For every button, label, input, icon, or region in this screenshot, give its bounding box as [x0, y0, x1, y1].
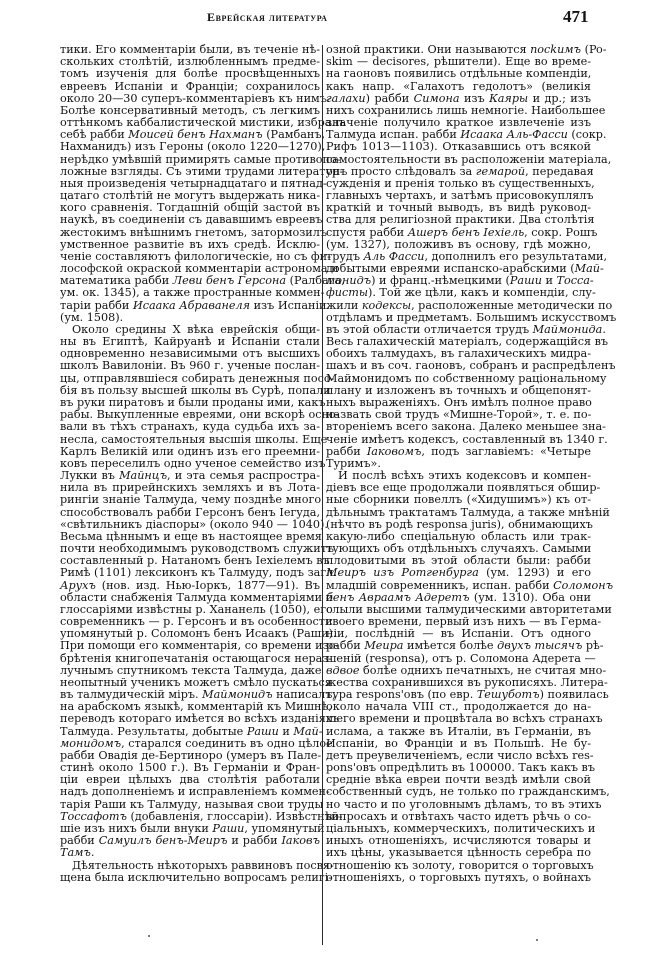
italic-name: Раши — [510, 274, 542, 287]
text-run: брѣтенія книгопечатанія остающагося нера… — [60, 652, 332, 665]
text-run: . — [602, 323, 606, 336]
italic-name: Маймонидъ — [202, 688, 272, 701]
text-run: И послѣ всѣхъ этихъ кодексовъ и компен- — [338, 469, 591, 482]
italic-name: Раши — [247, 725, 279, 738]
text-run: нихъ сохранились лишь немногіе. Наибольш… — [326, 104, 605, 117]
text-run: рабби — [326, 445, 367, 458]
text-run: pons'овъ опредѣлить въ 100000. Такъ какъ… — [326, 761, 595, 774]
text-run: рабби Овадія де-Бертиноро (умеръ въ Пале… — [60, 749, 321, 762]
text-run: . — [91, 846, 95, 859]
text-run: Рифъ 1013—1103). Отказавшись отъ всякой — [326, 140, 591, 153]
text-run: ). Той же цѣли, какъ и компендіи, слу- — [368, 286, 596, 299]
text-run: трудъ — [326, 250, 364, 263]
italic-name: Май- — [293, 725, 322, 738]
text-run: шеній (responsa), отъ р. Соломона Адерет… — [326, 652, 596, 665]
text-run: При помощи его комментарія, со времени и… — [60, 639, 339, 652]
text-run: наукѣ, въ соединеніи съ дававшимъ евреев… — [60, 213, 322, 226]
italic-name: Іаковъ — [282, 834, 320, 847]
text-run: цатаго столѣтій не могутъ выдержать ника… — [60, 189, 320, 202]
text-run: Римѣ (1101) лексиконъ къ Талмуду, подъ з… — [60, 566, 337, 579]
text-run: (ум. 1327), положивъ въ основу, гдѣ можн… — [326, 238, 591, 251]
text-run: жили — [326, 299, 362, 312]
text-run: самостоятельности въ расположеніи матері… — [326, 153, 611, 166]
text-run: и — [542, 274, 557, 287]
text-run: имѣется болѣе — [403, 639, 497, 652]
text-run: иныхъ отношеніяхъ, исчисляются товары и — [326, 834, 591, 847]
text-run: ченіе составляютъ филологическіе, но съ … — [60, 250, 331, 263]
text-run: рѣ- — [582, 639, 603, 652]
text-run: въ этой области отличается трудъ — [326, 323, 533, 336]
text-run: и рабби — [227, 834, 281, 847]
text-line: отношеніяхъ, о торговыхъ путяхъ, о война… — [326, 872, 591, 884]
text-run: рабы. Выкупленные евреями, они вскорѣ ос… — [60, 408, 339, 421]
text-run: , сокр. Рошъ — [524, 226, 597, 239]
text-run: ныя произведенія четырнадцатаго и пятнад… — [60, 177, 327, 190]
text-run: Весь галахическій матеріалъ, содержащійс… — [326, 335, 608, 348]
page-header: Еврейская литература 471 — [0, 8, 650, 28]
text-run: , упомянутый — [244, 822, 324, 835]
text-run: лучнымъ спутникомъ текста Талмуда, даже — [60, 664, 321, 677]
text-run: вопросахъ и отвѣтахъ часто идетъ рѣчь о … — [326, 810, 591, 823]
italic-name: Тосса- — [557, 274, 594, 287]
text-run: таріи рабби — [60, 299, 133, 312]
text-run: тарія Раши къ Талмуду, называя свои труд… — [60, 798, 323, 811]
italic-name: Меиръ изъ Ротгенбурга — [326, 566, 479, 579]
text-run: Нахманидъ) изъ Героны (около 1220—1270), — [60, 140, 325, 153]
text-run: евреевъ Испаніи и Франціи; сохранилось — [60, 80, 320, 93]
text-run: слыли высшими талмудическими авторитетам… — [326, 603, 612, 616]
text-run: ковъ переселилъ одно ученое семейство из… — [60, 457, 326, 470]
text-run: оттѣнкомъ каббалистической мистики, избр… — [60, 116, 346, 129]
text-run: неопытный ученикъ можетъ смѣло пускаться — [60, 676, 332, 689]
text-run: ства для религіозной практики. Два столѣ… — [326, 213, 594, 226]
text-run: болѣе однихъ печатныхъ, не считая мно- — [359, 664, 606, 677]
text-run: Около средины X вѣка еврейскія общи- — [72, 323, 320, 336]
text-run: шахъ и въ соч. гаоновъ, собранъ и распре… — [326, 359, 616, 372]
text-run: въ талмудическій міръ. — [60, 688, 202, 701]
text-run: детъ преувеличеніемъ, если число всѣхъ r… — [326, 749, 594, 762]
text-run: (нѣчто въ родѣ responsa juris), обнимающ… — [326, 518, 593, 531]
text-run: почти необходимымъ руководствомъ служитъ — [60, 542, 334, 555]
italic-name: Тешуботъ — [477, 688, 540, 701]
text-run: вали въ тѣхъ странахъ, куда судьба ихъ з… — [60, 420, 320, 433]
italic-name: Симона — [414, 92, 460, 105]
text-run: ислама, а также въ Италіи, въ Германіи, … — [326, 725, 591, 738]
text-run: современникъ — р. Герсонъ и въ особеннос… — [60, 615, 332, 628]
text-run: томъ изученія для болѣе просвѣщенныхъ — [60, 67, 320, 80]
italic-name: бенъ Авраамъ Адеретъ — [326, 591, 469, 604]
text-run: , подъ заглавіемъ: «Четыре — [421, 445, 591, 458]
text-run: средніе вѣка евреи почти вездѣ имѣли сво… — [326, 773, 591, 786]
text-run: ныхъ выраженіяхъ. Онъ имѣлъ полное право — [326, 396, 592, 409]
text-run: шіе изъ нихъ были внуки — [60, 822, 212, 835]
text-run: рингіи знаніе Талмуда, чему позднѣе мног… — [60, 493, 321, 506]
text-run: «свѣтильникъ діаспоры» (около 940 — 1040… — [60, 518, 328, 531]
text-run: отдѣламъ и предметамъ. Большимъ искусств… — [326, 311, 616, 324]
italic-name: Маймонида — [533, 323, 603, 336]
italic-name: Соломонъ — [553, 579, 613, 592]
text-run: (Po- — [581, 43, 607, 56]
text-run: одновременно независимыми отъ высшихъ — [60, 347, 320, 360]
text-run: какъ напр. «Галахотъ гедолотъ» (великія — [326, 80, 591, 93]
italic-name: Меира — [364, 639, 403, 652]
left-text-column: тики. Его комментаріи были, въ теченіе н… — [60, 44, 320, 884]
text-run: (ум. 1310). Оба они — [469, 591, 591, 604]
text-run: ціи евреи цѣлыхъ два столѣтія работали — [60, 773, 320, 786]
text-run: математика рабби — [60, 274, 173, 287]
text-run: и — [279, 725, 294, 738]
italic-name: Каяры — [489, 92, 528, 105]
text-run: ) и франц.-нѣмецкими ( — [371, 274, 510, 287]
text-run: краткій и точный выводъ, въ видѣ руковод… — [326, 201, 591, 214]
text-run: , передавая — [525, 165, 594, 178]
italic-name: Раши — [212, 822, 244, 835]
italic-name: Ашеръ бенъ Іехіель — [408, 226, 524, 239]
text-run: бія въ пользу высшей школы въ Сурѣ, попа… — [60, 384, 331, 397]
text-run: ) появилась — [540, 688, 609, 701]
text-run: около начала VIII ст., продолжается до н… — [326, 700, 591, 713]
text-run: плану и изложенъ въ точныхъ и общепонят- — [326, 384, 591, 397]
text-run: но часто и по уголовнымъ дѣламъ, то въ э… — [326, 798, 602, 811]
text-run: тура respons'овъ (по евр. — [326, 688, 477, 701]
italic-name: Тоссафотъ — [60, 810, 127, 823]
column-divider — [322, 45, 323, 945]
text-run: школъ Вавилоніи. Въ 960 г. ученые послан… — [60, 359, 320, 372]
text-run: сужденія и пренія только въ существенных… — [326, 177, 595, 190]
text-run: Талмуда. Результаты, добытые — [60, 725, 247, 738]
text-run: около 20—30 суперъ-комментаріевъ къ нимъ… — [60, 92, 330, 105]
text-run: Болѣе консервативный методъ, съ легкимъ — [60, 104, 320, 117]
italic-name: Исаака Аль-Фасси — [460, 128, 567, 141]
text-run: Весьма цѣннымъ и еще въ настоящее время — [60, 530, 322, 543]
print-speck — [536, 939, 538, 941]
text-run: собственный судъ, не только по гражданск… — [326, 785, 610, 798]
text-run: шего времени и процвѣтала во всѣхъ стран… — [326, 712, 603, 725]
text-run: упомянутый р. Соломонъ бенъ Исаакъ (Раши… — [60, 627, 337, 640]
text-run: изъ — [460, 92, 490, 105]
text-run: ложные взгляды. Съ этими трудами литерат… — [60, 165, 343, 178]
italic-name: Май- — [575, 262, 604, 275]
text-run: младшій современникъ, испан. рабби — [326, 579, 553, 592]
text-run: нила въ прирейнскихъ земляхъ и въ Лота- — [60, 481, 320, 494]
text-run: составленный р. Натаномъ бенъ Іехіелемъ … — [60, 554, 330, 567]
right-text-column: озной практики. Они называются посkимъ (… — [326, 44, 591, 884]
text-run: ченіе имѣетъ кодексъ, составленный въ 13… — [326, 433, 608, 446]
text-run: ихъ цѣны, указывается цѣнность серебра п… — [326, 846, 591, 859]
text-run: (Рамбанъ, — [263, 128, 325, 141]
text-run: , и эта семья распростра- — [167, 469, 320, 482]
text-run: тующихъ объ отдѣльныхъ случаяхъ. Самыми — [326, 542, 591, 555]
text-run: жестокимъ внѣшнимъ гнетомъ, затормозилъ — [60, 226, 327, 239]
text-run: ціальныхъ, коммерческихъ, политическихъ … — [326, 822, 595, 835]
text-run: рабби — [60, 834, 99, 847]
text-run: глоссаріями извѣстны р. Хананель (1050),… — [60, 603, 333, 616]
text-run: несла, самостоятельныя высшія школы. Еще — [60, 433, 327, 446]
text-run: втореніемъ всего закона. Далеко меньшее … — [326, 420, 606, 433]
italic-name: гемарой — [476, 165, 525, 178]
text-run: діевъ все еще продолжали появляться обши… — [326, 481, 600, 494]
italic-name: Исаака Абраванеля — [133, 299, 250, 312]
text-run: на арабскомъ языкѣ, комментарій къ Мишнѣ… — [60, 700, 332, 713]
italic-name: монидъ — [326, 274, 371, 287]
text-run: Испаніи, во Франціи и въ Польшѣ. Не бу- — [326, 737, 591, 750]
text-run: назвать свой трудъ «Мишне-Торой», т. е. … — [326, 408, 591, 421]
text-run: рабби — [326, 639, 364, 652]
italic-name: Моисей бенъ Нахманъ — [128, 128, 262, 141]
text-run: обоихъ талмудахъ, въ галахическихъ мидра… — [326, 347, 591, 360]
text-run: главныхъ чертахъ, и затѣмъ присовокуплял… — [326, 189, 593, 202]
text-run: Маймонидомъ по собственному раціональном… — [326, 372, 606, 385]
text-run: ные сборники повеллъ («Хидушимъ») къ от- — [326, 493, 591, 506]
text-run: Дѣятельность нѣкоторыхъ раввиновъ посвя- — [72, 859, 334, 872]
italic-name: кодексы — [362, 299, 411, 312]
print-speck — [148, 935, 150, 937]
running-title: Еврейская литература — [207, 10, 328, 25]
text-run: тики. Его комментаріи были, въ теченіе н… — [60, 43, 320, 56]
italic-name: Іаковомъ — [367, 445, 422, 458]
text-run: Туримъ». — [326, 457, 381, 470]
text-run: щена была исключительно вопросамъ религі… — [60, 871, 332, 884]
text-run: (ум. 1508). — [60, 311, 123, 324]
italic-name: вдвое — [326, 664, 359, 677]
text-run: спустя рабби — [326, 226, 408, 239]
text-line: щена была исключительно вопросамъ религі… — [60, 872, 320, 884]
text-run: жества сохранившихся въ рукописяхъ. Лите… — [326, 676, 608, 689]
text-run: значеніе получило краткое извлеченіе изъ — [326, 116, 591, 129]
text-run: дѣльнымъ трактатамъ Талмуда, а также мнѣ… — [326, 506, 610, 519]
text-run: онъ просто слѣдовалъ за — [326, 165, 476, 178]
italic-name: галахи — [326, 92, 366, 105]
text-run: плодовитыми въ этой области были: рабби — [326, 554, 591, 567]
text-run: переводъ котораго имѣется во всѣхъ издан… — [60, 712, 339, 725]
text-run: отношеніяхъ, о торговыхъ путяхъ, о война… — [326, 871, 591, 884]
page-number: 471 — [563, 7, 589, 27]
italic-name: Самуилъ бенъ-Меиръ — [99, 834, 228, 847]
text-run: отношенію къ золоту, говорится о торговы… — [326, 859, 594, 872]
text-run: , расположенные методически по — [411, 299, 612, 312]
text-run: ніи, послѣдній — въ Испаніи. Отъ одного — [326, 627, 591, 640]
text-run: добытыми евреями испанско-арабскими ( — [326, 262, 575, 275]
text-run: въ руки пиратовъ и были проданы ими, как… — [60, 396, 325, 409]
italic-name: Аль Фасси — [364, 250, 425, 263]
text-run: стинѣ около 1500 г.). Въ Германіи и Фран… — [60, 761, 320, 774]
text-run: нерѣдко умѣвшій примирять самые противоп… — [60, 153, 341, 166]
text-run: skim — decisores, рѣшители). Еще во врем… — [326, 55, 591, 68]
text-run: изъ Испаніи — [250, 299, 326, 312]
text-run: себѣ рабби — [60, 128, 128, 141]
text-run: (ум. 1293) и его — [479, 566, 591, 579]
text-run: способствовалъ рабби Герсонъ бенъ Іегуда… — [60, 506, 320, 519]
text-run: и др.; изъ — [528, 92, 591, 105]
text-run: Карлъ Великій или одинъ изъ его преемни- — [60, 445, 320, 458]
text-run: лософской окраской комментаріи астронома… — [60, 262, 339, 275]
text-run: Талмуда испан. рабби — [326, 128, 460, 141]
text-run: надъ дополненіемъ и исправленіемъ коммен… — [60, 785, 330, 798]
italic-name: Тамъ — [60, 846, 91, 859]
italic-name: двухъ тысячъ — [497, 639, 582, 652]
italic-name: посkимъ — [530, 43, 581, 56]
text-run: , старался соединить въ одно цѣлое — [121, 737, 333, 750]
italic-name: монидомъ — [60, 737, 121, 750]
text-run: , дополнилъ его результатами, — [424, 250, 607, 263]
italic-name: Арухъ — [60, 579, 96, 592]
text-run: (сокр. — [568, 128, 607, 141]
text-run: ) рабби — [366, 92, 414, 105]
text-run: какую-либо спеціальную область или трак- — [326, 530, 591, 543]
italic-name: фисты — [326, 286, 368, 299]
text-run: озной практики. Они называются — [326, 43, 530, 56]
italic-name: Майнцъ — [119, 469, 167, 482]
text-run: умственное развитіе въ ихъ средѣ. Исклю- — [60, 238, 320, 251]
text-run: (добавленія, глоссаріи). Извѣстнѣй- — [127, 810, 343, 823]
text-run: ум. ок. 1345), а также пространные комме… — [60, 286, 324, 299]
text-run: скольких столѣтій, излюбленнымъ предме- — [60, 55, 320, 68]
text-run: Лукки въ — [60, 469, 119, 482]
text-run: на гаоновъ появились отдѣльные компендіи… — [326, 67, 591, 80]
text-run: области снабженія Талмуда комментаріями … — [60, 591, 333, 604]
text-run: ны въ Египтѣ, Кайруанѣ и Испаніи стали — [60, 335, 320, 348]
text-run: кого сравненія. Тогдашній общій застой в… — [60, 201, 320, 214]
text-run: своего времени, первый изъ нихъ — въ Гер… — [326, 615, 601, 628]
text-run: (нов. изд. Нью-Іоркъ, 1877—91). Въ — [96, 579, 320, 592]
text-run: цы, отправлявшіеся собирать денежныя пос… — [60, 372, 334, 385]
italic-name: Леви бенъ Герсона — [173, 274, 286, 287]
text-line: рабби Самуилъ бенъ-Меиръ и рабби Іаковъ — [60, 835, 320, 847]
